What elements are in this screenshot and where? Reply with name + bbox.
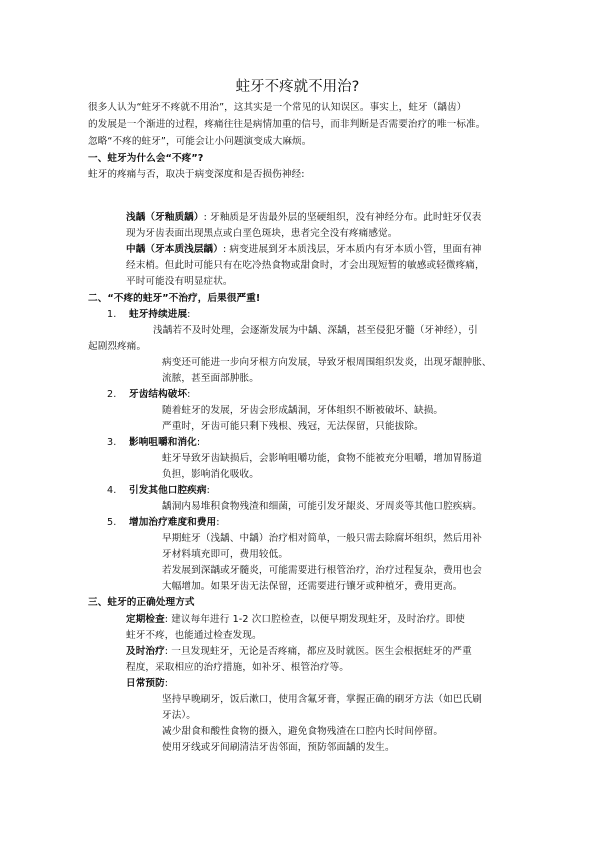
list-item: 定期检查: 建议每年进行 1-2 次口腔检查，以便早期发现蛀牙，及时治疗。即使	[126, 613, 465, 626]
colon: :	[197, 437, 200, 448]
item-text: 负担，影响消化吸收。	[162, 468, 259, 481]
item-text: 大幅增加。如果牙齿无法保留，还需要进行镶牙或种植牙，费用更高。	[162, 580, 463, 593]
colon: :	[165, 678, 168, 689]
item-text: 坚持早晚刷牙，饭后漱口，使用含氟牙膏，掌握正确的刷牙方法（如巴氏刷	[162, 693, 482, 706]
list-item: 及时治疗: 一旦发现蛀牙，无论是否疼痛，都应及时就医。医生会根据蛀牙的严重	[126, 645, 472, 658]
colon: :	[207, 485, 210, 496]
item-text: 起剧烈疼痛。	[88, 340, 146, 353]
term-label: 牙齿结构破坏	[129, 389, 187, 400]
item-text: 浅龋若不及时处理，会逐渐发展为中龋、深龋，甚至侵犯牙髓（牙神经），引	[153, 324, 478, 337]
item-text: 早期蛀牙（浅龋、中龋）治疗相对简单，一般只需去除腐坏组织，然后用补	[162, 532, 482, 545]
term-label: 定期检查	[126, 614, 165, 625]
item-number: 2.	[107, 388, 129, 401]
item-text: : 一旦发现蛀牙，无论是否疼痛，都应及时就医。医生会根据蛀牙的严重	[165, 646, 472, 657]
numbered-item: 3.影响咀嚼和消化:	[107, 436, 200, 449]
term-label: 中龋（牙本质浅层龋）	[126, 244, 223, 255]
item-text: 经末梢。但此时可能只有在吃冷热食物或甜食时，才会出现短暂的敏感或轻微疼痛，	[126, 259, 485, 272]
term-label: 增加治疗难度和费用	[129, 517, 216, 528]
item-text: 平时可能没有明显症状。	[126, 275, 233, 288]
item-text: 程度，采取相应的治疗措施，如补牙、根管治疗等。	[126, 661, 349, 674]
intro-line: 很多人认为“蛀牙不疼就不用治”，这其实是一个常见的认知误区。事实上，蛀牙（龋齿）	[88, 101, 467, 114]
item-text: 病变还可能进一步向牙根方向发展，导致牙根周围组织发炎，出现牙龈肿胀、	[162, 356, 492, 369]
document-page: 蛀牙不疼就不用治? 很多人认为“蛀牙不疼就不用治”，这其实是一个常见的认知误区。…	[0, 0, 595, 841]
intro-line: 忽略“不疼的蛀牙”，可能会让小问题演变成大麻烦。	[88, 135, 311, 148]
section-heading-2: 二、“不疼的蛀牙”不治疗，后果很严重!	[88, 292, 260, 305]
numbered-item: 1.蛀牙持续进展:	[107, 308, 191, 321]
numbered-item: 5.增加治疗难度和费用:	[107, 516, 220, 529]
colon: :	[187, 389, 190, 400]
item-text: 现为牙齿表面出现黑点或白垩色斑块，患者完全没有疼痛感觉。	[126, 227, 397, 240]
item-text: 减少甜食和酸性食物的摄入，避免食物残渣在口腔内长时间停留。	[162, 725, 443, 738]
item-text: 牙材料填充即可，费用较低。	[162, 548, 288, 561]
section-lead: 蛀牙的疼痛与否，取决于病变深度和是否损伤神经:	[88, 168, 305, 181]
item-text: 若发展到深龋或牙髓炎，可能需要进行根管治疗，治疗过程复杂，费用也会	[162, 564, 482, 577]
item-text: : 牙釉质是牙齿最外层的坚硬组织，没有神经分布。此时蛀牙仅表	[204, 212, 482, 223]
item-text: : 建议每年进行 1-2 次口腔检查，以便早期发现蛀牙，及时治疗。即使	[165, 614, 465, 625]
item-text: 龋洞内易堆积食物残渣和细菌，可能引发牙龈炎、牙周炎等其他口腔疾病。	[162, 500, 482, 513]
item-text: 牙法）。	[162, 709, 196, 722]
item-number: 1.	[107, 308, 129, 321]
list-item: 浅龋（牙釉质龋）: 牙釉质是牙齿最外层的坚硬组织，没有神经分布。此时蛀牙仅表	[126, 211, 481, 224]
item-number: 4.	[107, 484, 129, 497]
section-heading-3: 三、蛀牙的正确处理方式	[88, 596, 195, 609]
item-text: 蛀牙不疼，也能通过检查发现。	[126, 629, 262, 642]
numbered-item: 2.牙齿结构破坏:	[107, 388, 191, 401]
item-text: 随着蛀牙的发展，牙齿会形成龋洞，牙体组织不断被破坏、缺损。	[162, 404, 443, 417]
list-item: 日常预防:	[126, 677, 168, 690]
item-text: : 病变进展到牙本质浅层，牙本质内有牙本质小管，里面有神	[223, 244, 482, 255]
colon: :	[216, 517, 219, 528]
list-item: 中龋（牙本质浅层龋）: 病变进展到牙本质浅层，牙本质内有牙本质小管，里面有神	[126, 243, 481, 256]
term-label: 浅龋（牙釉质龋）	[126, 212, 204, 223]
section-heading-1: 一、蛀牙为什么会“不疼”?	[88, 152, 203, 165]
numbered-item: 4.引发其他口腔疾病:	[107, 484, 210, 497]
item-text: 使用牙线或牙间刷清洁牙齿邻面，预防邻面龋的发生。	[162, 741, 395, 754]
term-label: 及时治疗	[126, 646, 165, 657]
item-number: 3.	[107, 436, 129, 449]
intro-line: 的发展是一个渐进的过程，疼痛往往是病情加重的信号，而非判断是否需要治疗的唯一标准…	[88, 118, 485, 131]
term-label: 影响咀嚼和消化	[129, 437, 197, 448]
term-label: 日常预防	[126, 678, 165, 689]
item-text: 流脓，甚至面部肿胀。	[162, 372, 259, 385]
term-label: 引发其他口腔疾病	[129, 485, 207, 496]
item-number: 5.	[107, 516, 129, 529]
page-title: 蛀牙不疼就不用治?	[0, 78, 595, 96]
colon: :	[187, 309, 190, 320]
term-label: 蛀牙持续进展	[129, 309, 187, 320]
item-text: 蛀牙导致牙齿缺损后，会影响咀嚼功能，食物不能被充分咀嚼，增加胃肠道	[162, 452, 482, 465]
item-text: 严重时，牙齿可能只剩下残根、残冠，无法保留，只能拔除。	[162, 420, 424, 433]
